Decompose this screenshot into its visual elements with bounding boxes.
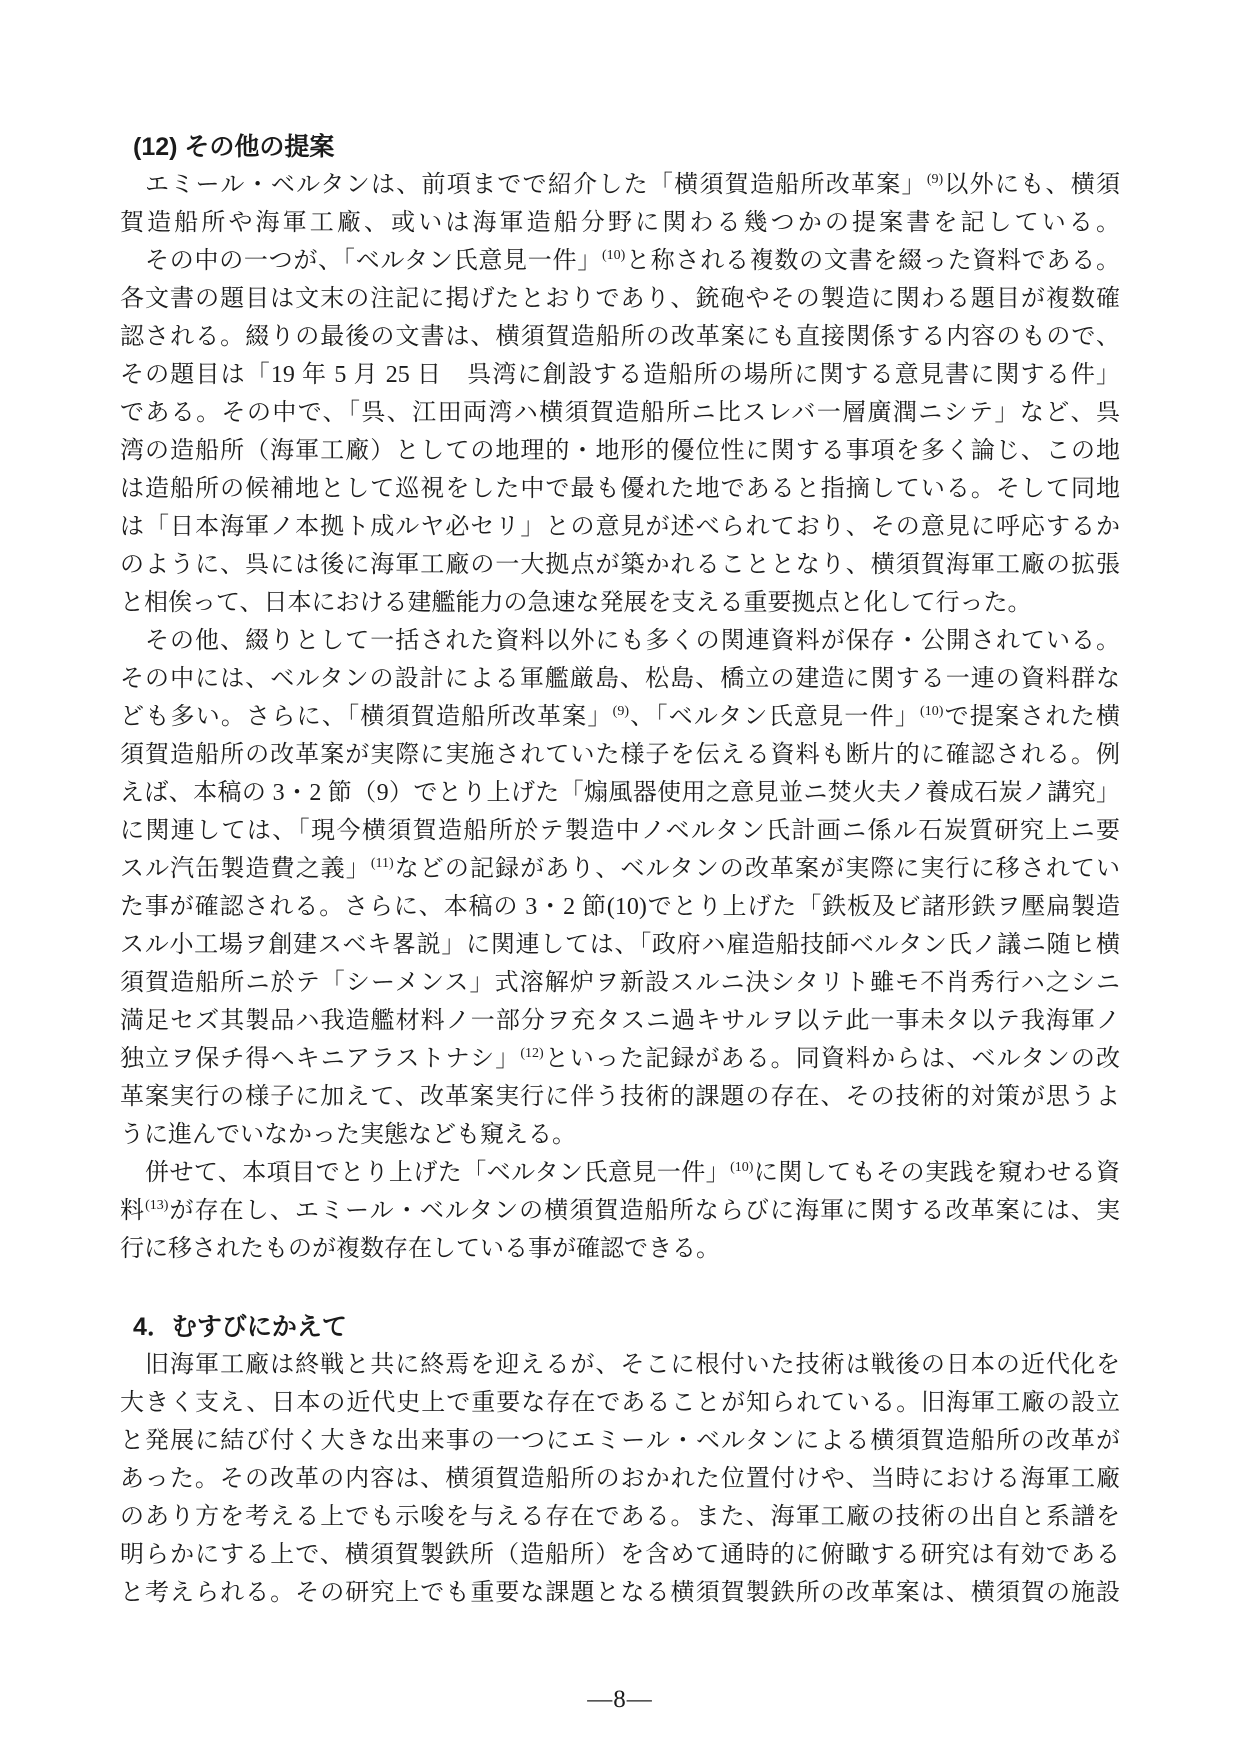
text-segment: スル汽缶製造費之義」 — [120, 856, 371, 882]
text-line: 旧海軍工廠は終戦と共に終焉を迎えるが、そこに根付いた技術は戦後の日本の近代化を — [120, 1346, 1120, 1384]
text-line: は「日本海軍ノ本拠ト成ルヤ必セリ」との意見が述べられており、その意見に呼応するか — [120, 508, 1120, 546]
section: (12) その他の提案エミール・ベルタンは、前項までで紹介した「横須賀造船所改革… — [120, 128, 1120, 1268]
text-segment: が存在し、エミール・ベルタンの横須賀造船所ならびに海軍に関する改革案には、実 — [168, 1198, 1120, 1224]
paragraph: 併せて、本項目でとり上げた「ベルタン氏意見一件」(10)に関してもその実践を窺わ… — [120, 1154, 1120, 1268]
text-segment: 旧海軍工廠は終戦と共に終焉を迎えるが、そこに根付いた技術は戦後の日本の近代化を — [145, 1352, 1120, 1378]
text-line: と相俟って、日本における建艦能力の急速な発展を支える重要拠点と化して行った。 — [120, 584, 1120, 622]
text-line: うに進んでいなかった実態なども窺える。 — [120, 1116, 1120, 1154]
footnote-reference: (9) — [927, 172, 943, 187]
text-segment: と相俟って、日本における建艦能力の急速な発展を支える重要拠点と化して行った。 — [120, 590, 1032, 616]
text-line: スル汽缶製造費之義」(11)などの記録があり、ベルタンの改革案が実際に実行に移さ… — [120, 850, 1120, 888]
text-segment: 須賀造船所ニ於テ「シーメンス」式溶解炉ヲ新設スルニ決シタリト雖モ不肖秀行ハ之シニ — [120, 970, 1120, 996]
text-line: スル小工場ヲ創建スベキ畧説」に関連しては、「政府ハ雇造船技師ベルタン氏ノ議ニ随ヒ… — [120, 926, 1120, 964]
text-segment: その他、綴りとして一括された資料以外にも多くの関連資料が保存・公開されている。 — [145, 628, 1120, 654]
document-body: (12) その他の提案エミール・ベルタンは、前項までで紹介した「横須賀造船所改革… — [120, 128, 1120, 1612]
text-line: 明らかにする上で、横須賀製鉄所（造船所）を含めて通時的に俯瞰する研究は有効である — [120, 1536, 1120, 1574]
text-segment: 須賀造船所の改革案が実際に実施されていた様子を伝える資料も断片的に確認される。例 — [120, 742, 1120, 768]
section: 4．むすびにかえて旧海軍工廠は終戦と共に終焉を迎えるが、そこに根付いた技術は戦後… — [120, 1308, 1120, 1612]
text-segment: うに進んでいなかった実態なども窺える。 — [120, 1122, 576, 1148]
text-segment: スル小工場ヲ創建スベキ畧説」に関連しては、「政府ハ雇造船技師ベルタン氏ノ議ニ随ヒ… — [120, 932, 1120, 958]
footnote-reference: (11) — [371, 856, 394, 871]
text-segment: その中には、ベルタンの設計による軍艦厳島、松島、橋立の建造に関する一連の資料群な — [120, 666, 1120, 692]
text-segment: で提案された横 — [943, 704, 1120, 730]
text-segment: と考えられる。その研究上でも重要な課題となる横須賀製鉄所の改革案は、横須賀の施設 — [120, 1580, 1120, 1606]
text-line: その題目は「19 年 5 月 25 日 呉湾に創設する造船所の場所に関する意見書… — [120, 356, 1120, 394]
text-line: と発展に結び付く大きな出来事の一つにエミール・ベルタンによる横須賀造船所の改革が — [120, 1422, 1120, 1460]
text-segment: は造船所の候補地として巡視をした中で最も優れた地であると指摘している。そして同地 — [120, 476, 1120, 502]
text-segment: などの記録があり、ベルタンの改革案が実際に実行に移されてい — [394, 856, 1120, 882]
paragraph: その中の一つが、「ベルタン氏意見一件」(10)と称される複数の文書を綴った資料で… — [120, 242, 1120, 622]
paragraph: 旧海軍工廠は終戦と共に終焉を迎えるが、そこに根付いた技術は戦後の日本の近代化を大… — [120, 1346, 1120, 1612]
text-line: あった。その改革の内容は、横須賀造船所のおかれた位置付けや、当時における海軍工廠 — [120, 1460, 1120, 1498]
footnote-reference: (9) — [613, 704, 629, 719]
text-line: に関連しては、「現今横須賀造船所於テ製造中ノベルタン氏計画ニ係ル石炭質研究上ニ要 — [120, 812, 1120, 850]
text-line: は造船所の候補地として巡視をした中で最も優れた地であると指摘している。そして同地 — [120, 470, 1120, 508]
text-line: 湾の造船所（海軍工廠）としての地理的・地形的優位性に関する事項を多く論じ、この地 — [120, 432, 1120, 470]
footnote-reference: (13) — [145, 1198, 168, 1213]
text-segment: と称される複数の文書を綴った資料である。 — [625, 248, 1120, 274]
section-heading: (12) その他の提案 — [120, 128, 1120, 166]
text-segment: その題目は「19 年 5 月 25 日 呉湾に創設する造船所の場所に関する意見書… — [120, 362, 1120, 388]
text-segment: あった。その改革の内容は、横須賀造船所のおかれた位置付けや、当時における海軍工廠 — [120, 1466, 1120, 1492]
text-segment: 料 — [120, 1198, 145, 1224]
text-segment: である。その中で、「呉、江田両湾ハ横須賀造船所ニ比スレバ一層廣潤ニシテ」など、呉 — [120, 400, 1120, 426]
text-line: 料(13)が存在し、エミール・ベルタンの横須賀造船所ならびに海軍に関する改革案に… — [120, 1192, 1120, 1230]
text-line: その他、綴りとして一括された資料以外にも多くの関連資料が保存・公開されている。 — [120, 622, 1120, 660]
text-segment: 湾の造船所（海軍工廠）としての地理的・地形的優位性に関する事項を多く論じ、この地 — [120, 438, 1120, 464]
text-line: 認される。綴りの最後の文書は、横須賀造船所の改革案にも直接関係する内容のもので、 — [120, 318, 1120, 356]
text-segment: といった記録がある。同資料からは、ベルタンの改 — [544, 1046, 1120, 1072]
text-line: 大きく支え、日本の近代史上で重要な存在であることが知られている。旧海軍工廠の設立 — [120, 1384, 1120, 1422]
text-line: のあり方を考える上でも示唆を与える存在である。また、海軍工廠の技術の出自と系譜を — [120, 1498, 1120, 1536]
text-line: 各文書の題目は文末の注記に掲げたとおりであり、銃砲やその製造に関わる題目が複数確 — [120, 280, 1120, 318]
text-segment: ども多い。さらに、「横須賀造船所改革案」 — [120, 704, 613, 730]
text-segment: 満足セズ其製品ハ我造艦材料ノ一部分ヲ充タスニ過キサルヲ以テ此一事未タ以テ我海軍ノ — [120, 1008, 1120, 1034]
text-segment: その中の一つが、「ベルタン氏意見一件」 — [145, 248, 602, 274]
text-line: ども多い。さらに、「横須賀造船所改革案」(9)、「ベルタン氏意見一件」(10)で… — [120, 698, 1120, 736]
text-segment: 賀造船所や海軍工廠、或いは海軍造船分野に関わる幾つかの提案書を記している。 — [120, 210, 1120, 236]
text-line: 行に移されたものが複数存在している事が確認できる。 — [120, 1230, 1120, 1268]
text-line: 満足セズ其製品ハ我造艦材料ノ一部分ヲ充タスニ過キサルヲ以テ此一事未タ以テ我海軍ノ — [120, 1002, 1120, 1040]
text-line: のように、呉には後に海軍工廠の一大拠点が築かれることとなり、横須賀海軍工廠の拡張 — [120, 546, 1120, 584]
text-segment: 行に移されたものが複数存在している事が確認できる。 — [120, 1236, 720, 1262]
text-segment: 革案実行の様子に加えて、改革案実行に伴う技術的課題の存在、その技術的対策が思うよ — [120, 1084, 1120, 1110]
text-segment: のように、呉には後に海軍工廠の一大拠点が築かれることとなり、横須賀海軍工廠の拡張 — [120, 552, 1120, 578]
footnote-reference: (10) — [602, 248, 625, 263]
text-line: その中には、ベルタンの設計による軍艦厳島、松島、橋立の建造に関する一連の資料群な — [120, 660, 1120, 698]
paragraph: その他、綴りとして一括された資料以外にも多くの関連資料が保存・公開されている。そ… — [120, 622, 1120, 1154]
text-line: 須賀造船所ニ於テ「シーメンス」式溶解炉ヲ新設スルニ決シタリト雖モ不肖秀行ハ之シニ — [120, 964, 1120, 1002]
text-segment: 以外にも、横須 — [943, 172, 1120, 198]
page-number: —8— — [0, 1686, 1240, 1714]
text-segment: 併せて、本項目でとり上げた「ベルタン氏意見一件」 — [145, 1160, 730, 1186]
text-line: エミール・ベルタンは、前項までで紹介した「横須賀造船所改革案」(9)以外にも、横… — [120, 166, 1120, 204]
text-segment: 独立ヲ保チ得ヘキニアラストナシ」 — [120, 1046, 520, 1072]
paper-page: (12) その他の提案エミール・ベルタンは、前項までで紹介した「横須賀造船所改革… — [0, 0, 1240, 1754]
text-segment: た事が確認される。さらに、本稿の 3・2 節(10)でとり上げた「鉄板及ビ諸形鉄… — [120, 894, 1120, 920]
text-line: 賀造船所や海軍工廠、或いは海軍造船分野に関わる幾つかの提案書を記している。 — [120, 204, 1120, 242]
text-line: 革案実行の様子に加えて、改革案実行に伴う技術的課題の存在、その技術的対策が思うよ — [120, 1078, 1120, 1116]
text-segment: は「日本海軍ノ本拠ト成ルヤ必セリ」との意見が述べられており、その意見に呼応するか — [120, 514, 1120, 540]
footnote-reference: (12) — [520, 1046, 543, 1061]
text-line: 併せて、本項目でとり上げた「ベルタン氏意見一件」(10)に関してもその実践を窺わ… — [120, 1154, 1120, 1192]
text-segment: と発展に結び付く大きな出来事の一つにエミール・ベルタンによる横須賀造船所の改革が — [120, 1428, 1120, 1454]
text-segment: 明らかにする上で、横須賀製鉄所（造船所）を含めて通時的に俯瞰する研究は有効である — [120, 1542, 1120, 1568]
text-segment: 大きく支え、日本の近代史上で重要な存在であることが知られている。旧海軍工廠の設立 — [120, 1390, 1120, 1416]
text-line: その中の一つが、「ベルタン氏意見一件」(10)と称される複数の文書を綴った資料で… — [120, 242, 1120, 280]
text-segment: に関してもその実践を窺わせる資 — [753, 1160, 1120, 1186]
text-segment: えば、本稿の 3・2 節（9）でとり上げた「煽風器使用之意見並ニ焚火夫ノ養成石炭… — [120, 780, 1120, 806]
footnote-reference: (10) — [730, 1160, 753, 1175]
section-heading: 4．むすびにかえて — [120, 1308, 1120, 1346]
paragraph: エミール・ベルタンは、前項までで紹介した「横須賀造船所改革案」(9)以外にも、横… — [120, 166, 1120, 242]
text-segment: 各文書の題目は文末の注記に掲げたとおりであり、銃砲やその製造に関わる題目が複数確 — [120, 286, 1120, 312]
text-line: た事が確認される。さらに、本稿の 3・2 節(10)でとり上げた「鉄板及ビ諸形鉄… — [120, 888, 1120, 926]
text-line: である。その中で、「呉、江田両湾ハ横須賀造船所ニ比スレバ一層廣潤ニシテ」など、呉 — [120, 394, 1120, 432]
text-segment: 、「ベルタン氏意見一件」 — [629, 704, 920, 730]
text-segment: エミール・ベルタンは、前項までで紹介した「横須賀造船所改革案」 — [145, 172, 927, 198]
footnote-reference: (10) — [920, 704, 943, 719]
text-segment: 認される。綴りの最後の文書は、横須賀造船所の改革案にも直接関係する内容のもので、 — [120, 324, 1120, 350]
text-segment: のあり方を考える上でも示唆を与える存在である。また、海軍工廠の技術の出自と系譜を — [120, 1504, 1120, 1530]
text-line: 須賀造船所の改革案が実際に実施されていた様子を伝える資料も断片的に確認される。例 — [120, 736, 1120, 774]
text-line: と考えられる。その研究上でも重要な課題となる横須賀製鉄所の改革案は、横須賀の施設 — [120, 1574, 1120, 1612]
text-segment: に関連しては、「現今横須賀造船所於テ製造中ノベルタン氏計画ニ係ル石炭質研究上ニ要 — [120, 818, 1120, 844]
text-line: えば、本稿の 3・2 節（9）でとり上げた「煽風器使用之意見並ニ焚火夫ノ養成石炭… — [120, 774, 1120, 812]
text-line: 独立ヲ保チ得ヘキニアラストナシ」(12)といった記録がある。同資料からは、ベルタ… — [120, 1040, 1120, 1078]
